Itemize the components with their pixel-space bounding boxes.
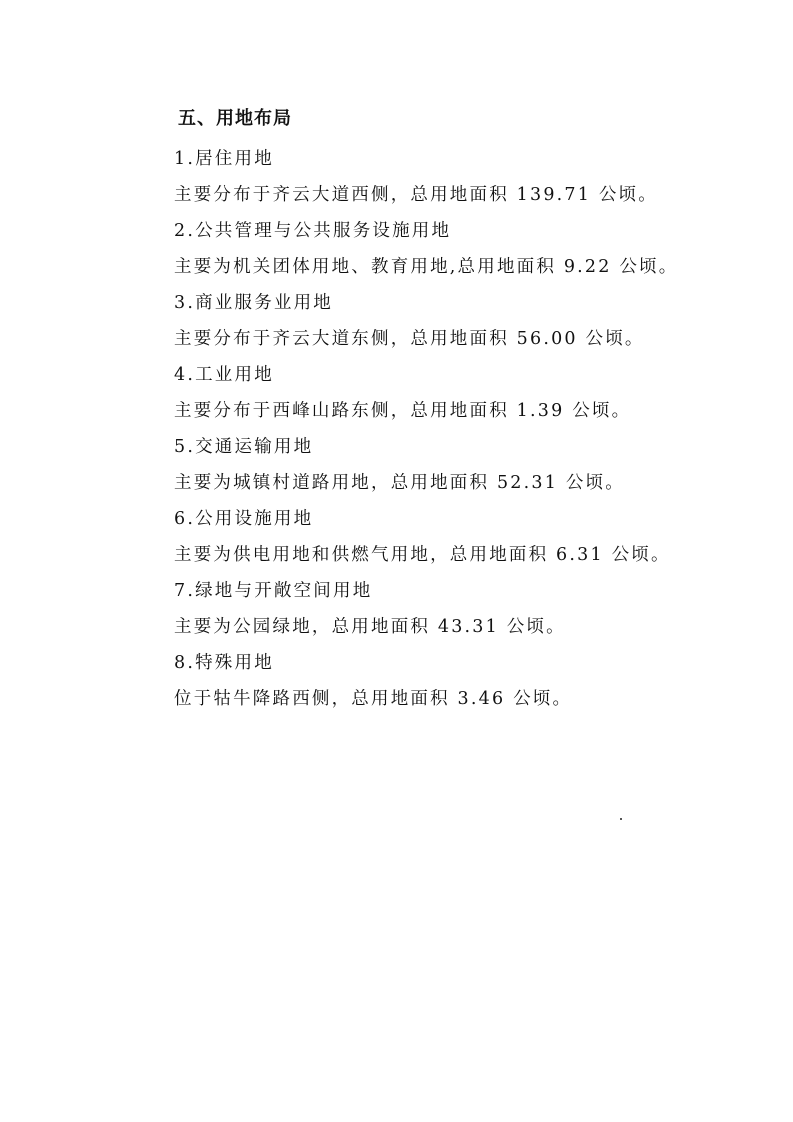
item-desc-1: 主要分布于齐云大道西侧，总用地面积 139.71 公顷。 [174, 181, 658, 206]
item-desc-2: 主要为机关团体用地、教育用地,总用地面积 9.22 公顷。 [174, 253, 678, 278]
section-title: 五、用地布局 [178, 104, 292, 130]
item-desc-6: 主要为供电用地和供燃气用地，总用地面积 6.31 公顷。 [174, 541, 671, 566]
item-desc-8: 位于牯牛降路西侧，总用地面积 3.46 公顷。 [174, 685, 572, 710]
item-heading-5: 5.交通运输用地 [174, 433, 313, 458]
item-heading-3: 3.商业服务业用地 [174, 289, 333, 314]
item-heading-4: 4.工业用地 [174, 361, 274, 386]
item-desc-4: 主要分布于西峰山路东侧，总用地面积 1.39 公顷。 [174, 397, 631, 422]
item-heading-8: 8.特殊用地 [174, 649, 274, 674]
item-heading-6: 6.公用设施用地 [174, 505, 313, 530]
item-desc-7: 主要为公园绿地，总用地面积 43.31 公顷。 [174, 613, 566, 638]
item-heading-7: 7.绿地与开敞空间用地 [174, 577, 372, 602]
item-heading-2: 2.公共管理与公共服务设施用地 [174, 217, 451, 242]
item-desc-3: 主要分布于齐云大道东侧，总用地面积 56.00 公顷。 [174, 325, 645, 350]
document-page: 五、用地布局 1.居住用地 主要分布于齐云大道西侧，总用地面积 139.71 公… [0, 0, 793, 1122]
scan-speck [620, 818, 622, 820]
item-desc-5: 主要为城镇村道路用地，总用地面积 52.31 公顷。 [174, 469, 625, 494]
item-heading-1: 1.居住用地 [174, 145, 274, 170]
